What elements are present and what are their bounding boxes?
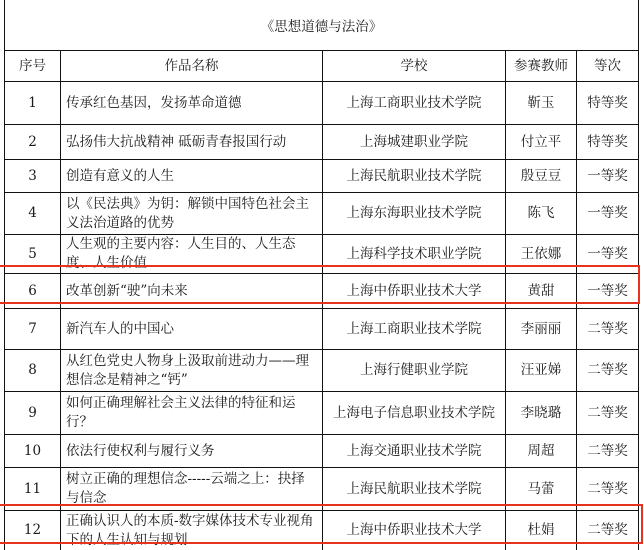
cell-teacher: 靳玉 (506, 82, 577, 125)
cell-teacher: 李丽丽 (506, 309, 577, 350)
cell-award: 二等奖 (577, 468, 639, 511)
cell-award: 特等奖 (577, 82, 639, 125)
cell-name: 依法行使权利与履行义务 (61, 435, 323, 468)
table-row: 6改革创新“驶”向未来上海中侨职业技术大学黄甜一等奖 (5, 274, 639, 309)
cell-name: 创造有意义的人生 (61, 160, 323, 193)
cell-teacher: 殷豆豆 (506, 160, 577, 193)
cell-school: 上海城建职业学院 (323, 125, 506, 160)
table-row: 5人生观的主要内容：人生目的、人生态度、人生价值上海科学技术职业学院王依娜一等奖 (5, 235, 639, 274)
table-row: 11树立正确的理想信念-----云端之上：抉择与信念上海民航职业技术学院马蕾二等… (5, 468, 639, 511)
cell-name: 改革创新“驶”向未来 (61, 274, 323, 309)
cell-teacher: 付立平 (506, 125, 577, 160)
cell-teacher: 黄甜 (506, 274, 577, 309)
cell-no: 1 (5, 82, 61, 125)
cell-name: 如何正确理解社会主义法律的特征和运行？ (61, 392, 323, 435)
table-title: 《思想道德与法治》 (5, 0, 639, 51)
column-header-name: 作品名称 (61, 51, 323, 82)
cell-award: 一等奖 (577, 160, 639, 193)
title-row: 《思想道德与法治》 (5, 0, 639, 51)
cell-no: 11 (5, 468, 61, 511)
table-row: 8从红色党史人物身上汲取前进动力——理想信念是精神之“钙”上海行健职业学院汪亚娣… (5, 350, 639, 392)
column-header-teacher: 参赛教师 (506, 51, 577, 82)
cell-school: 上海交通职业技术学院 (323, 435, 506, 468)
cell-name: 人生观的主要内容：人生目的、人生态度、人生价值 (61, 235, 323, 274)
table-row: 10依法行使权利与履行义务上海交通职业技术学院周超二等奖 (5, 435, 639, 468)
column-header-school: 学校 (323, 51, 506, 82)
table-row: 7新汽车人的中国心上海工商职业技术学院李丽丽二等奖 (5, 309, 639, 350)
cell-school: 上海科学技术职业学院 (323, 235, 506, 274)
cell-name: 弘扬伟大抗战精神 砥砺青春报国行动 (61, 125, 323, 160)
cell-school: 上海电子信息职业技术学院 (323, 392, 506, 435)
cell-teacher: 马蕾 (506, 468, 577, 511)
cell-no: 8 (5, 350, 61, 392)
cell-teacher: 汪亚娣 (506, 350, 577, 392)
cell-teacher: 王依娜 (506, 235, 577, 274)
table-row: 9如何正确理解社会主义法律的特征和运行？上海电子信息职业技术学院李晓璐二等奖 (5, 392, 639, 435)
cell-award: 特等奖 (577, 125, 639, 160)
cell-school: 上海民航职业技术学院 (323, 160, 506, 193)
cell-award: 一等奖 (577, 235, 639, 274)
cell-name: 树立正确的理想信念-----云端之上：抉择与信念 (61, 468, 323, 511)
cell-name: 正确认识人的本质-数字媒体技术专业视角下的人生认知与规划 (61, 511, 323, 550)
table-row: 12正确认识人的本质-数字媒体技术专业视角下的人生认知与规划上海中侨职业技术大学… (5, 511, 639, 550)
cell-no: 3 (5, 160, 61, 193)
awards-table: 《思想道德与法治》 序号 作品名称 学校 参赛教师 等次 1传承红色基因，发扬革… (4, 0, 639, 550)
table-row: 3创造有意义的人生上海民航职业技术学院殷豆豆一等奖 (5, 160, 639, 193)
header-row: 序号 作品名称 学校 参赛教师 等次 (5, 51, 639, 82)
cell-award: 二等奖 (577, 350, 639, 392)
cell-school: 上海东海职业技术学院 (323, 193, 506, 235)
table-row: 2弘扬伟大抗战精神 砥砺青春报国行动上海城建职业学院付立平特等奖 (5, 125, 639, 160)
cell-no: 10 (5, 435, 61, 468)
cell-no: 5 (5, 235, 61, 274)
cell-school: 上海行健职业学院 (323, 350, 506, 392)
cell-school: 上海中侨职业技术大学 (323, 274, 506, 309)
cell-school: 上海中侨职业技术大学 (323, 511, 506, 550)
cell-no: 6 (5, 274, 61, 309)
cell-name: 以《民法典》为钥：解锁中国特色社会主义法治道路的优势 (61, 193, 323, 235)
cell-name: 传承红色基因，发扬革命道德 (61, 82, 323, 125)
cell-no: 4 (5, 193, 61, 235)
cell-school: 上海工商职业技术学院 (323, 309, 506, 350)
table-row: 1传承红色基因，发扬革命道德上海工商职业技术学院靳玉特等奖 (5, 82, 639, 125)
cell-award: 二等奖 (577, 511, 639, 550)
cell-teacher: 杜娟 (506, 511, 577, 550)
cell-no: 2 (5, 125, 61, 160)
cell-award: 一等奖 (577, 274, 639, 309)
cell-no: 7 (5, 309, 61, 350)
table-row: 4以《民法典》为钥：解锁中国特色社会主义法治道路的优势上海东海职业技术学院陈飞一… (5, 193, 639, 235)
cell-school: 上海民航职业技术学院 (323, 468, 506, 511)
cell-award: 二等奖 (577, 392, 639, 435)
cell-school: 上海工商职业技术学院 (323, 82, 506, 125)
cell-award: 一等奖 (577, 193, 639, 235)
cell-name: 新汽车人的中国心 (61, 309, 323, 350)
cell-no: 9 (5, 392, 61, 435)
cell-award: 二等奖 (577, 435, 639, 468)
cell-teacher: 周超 (506, 435, 577, 468)
column-header-no: 序号 (5, 51, 61, 82)
cell-award: 二等奖 (577, 309, 639, 350)
cell-teacher: 陈飞 (506, 193, 577, 235)
cell-no: 12 (5, 511, 61, 550)
column-header-award: 等次 (577, 51, 639, 82)
cell-teacher: 李晓璐 (506, 392, 577, 435)
cell-name: 从红色党史人物身上汲取前进动力——理想信念是精神之“钙” (61, 350, 323, 392)
